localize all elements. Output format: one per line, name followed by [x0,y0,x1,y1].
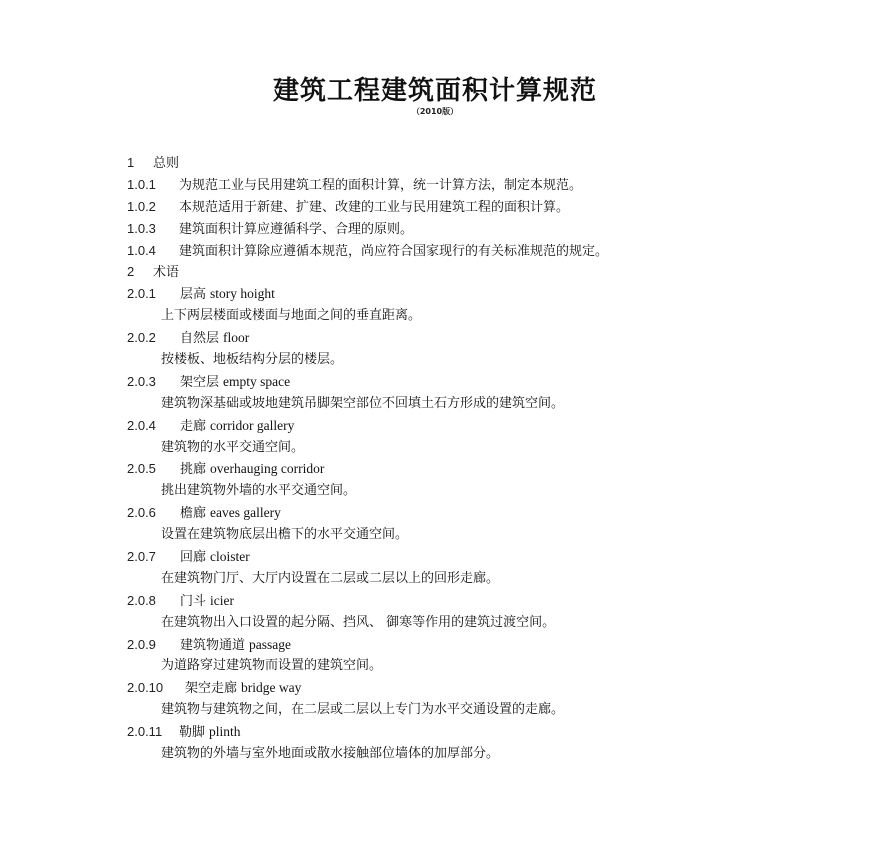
term-definition: 建筑物与建筑物之间，在二层或二层以上专门为水平交通设置的走廊。 [127,699,827,721]
term-number: 2.0.5 [127,458,180,480]
term-zh: 架空走廊 [185,681,237,696]
clause: 1.0.3建筑面积计算应遵循科学、合理的原则。 [127,218,827,240]
term-heading: 2.0.3架空层empty space [127,371,827,393]
term-zh: 建筑物通道 [180,638,245,653]
term-zh: 走廊 [180,419,206,434]
term-heading: 2.0.7回廊cloister [127,546,827,568]
term-number: 2.0.6 [127,502,180,524]
term-zh: 回廊 [180,550,206,565]
clause-text: 本规范适用于新建、扩建、改建的工业与民用建筑工程的面积计算。 [179,200,569,215]
clause-text: 为规范工业与民用建筑工程的面积计算，统一计算方法，制定本规范。 [179,178,582,193]
term-definition-text: 建筑物的水平交通空间。 [161,440,304,455]
term-number: 2.0.7 [127,546,180,568]
clause-number: 1.0.2 [127,196,179,218]
term-heading: 2.0.9建筑物通道passage [127,634,827,656]
term-heading: 2.0.10架空走廊bridge way [127,677,827,699]
term-definition-text: 建筑物与建筑物之间，在二层或二层以上专门为水平交通设置的走廊。 [161,702,564,717]
term-definition: 为道路穿过建筑物而设置的建筑空间。 [127,655,827,677]
section-title: 总则 [153,156,179,171]
term-definition-text: 建筑物的外墙与室外地面或散水接触部位墙体的加厚部分。 [161,746,499,761]
term-zh: 层高 [180,287,206,302]
term-definition: 按楼板、地板结构分层的楼层。 [127,349,827,371]
term-definition: 建筑物的外墙与室外地面或散水接触部位墙体的加厚部分。 [127,743,827,765]
term-en: icier [210,593,234,608]
term-en: corridor gallery [210,418,294,433]
term-zh: 架空层 [180,375,219,390]
clause: 1.0.1为规范工业与民用建筑工程的面积计算，统一计算方法，制定本规范。 [127,174,827,196]
term-zh: 檐廊 [180,506,206,521]
clause-text: 建筑面积计算应遵循科学、合理的原则。 [179,222,413,237]
term-number: 2.0.10 [127,677,185,699]
document-page: 建筑工程建筑面积计算规范 （2010版） 1总则 1.0.1为规范工业与民用建筑… [0,0,870,842]
section-heading-terms: 2术语 [127,261,827,283]
section-number: 2 [127,261,153,283]
clause-number: 1.0.4 [127,240,179,262]
term-number: 2.0.3 [127,371,180,393]
section-number: 1 [127,152,153,174]
term-en: eaves gallery [210,505,281,520]
term-definition-text: 上下两层楼面或楼面与地面之间的垂直距离。 [161,308,421,323]
term-definition-text: 设置在建筑物底层出檐下的水平交通空间。 [161,527,408,542]
term-en: empty space [223,374,290,389]
term-definition-text: 挑出建筑物外墙的水平交通空间。 [161,483,356,498]
term-definition: 设置在建筑物底层出檐下的水平交通空间。 [127,524,827,546]
term-number: 2.0.8 [127,590,180,612]
term-en: floor [223,330,249,345]
document-title: 建筑工程建筑面积计算规范 [0,74,870,108]
term-heading: 2.0.2自然层floor [127,327,827,349]
term-number: 2.0.1 [127,283,180,305]
term-definition: 在建筑物门厅、大厅内设置在二层或二层以上的回形走廊。 [127,568,827,590]
section-title: 术语 [153,265,179,280]
term-definition: 建筑物的水平交通空间。 [127,437,827,459]
term-definition: 建筑物深基础或坡地建筑吊脚架空部位不回填土石方形成的建筑空间。 [127,393,827,415]
term-heading: 2.0.5挑廊overhauging corridor [127,458,827,480]
term-heading: 2.0.4走廊corridor gallery [127,415,827,437]
term-heading: 2.0.1层高story hoight [127,283,827,305]
clause: 1.0.4建筑面积计算除应遵循本规范，尚应符合国家现行的有关标准规范的规定。 [127,240,827,262]
term-en: overhauging corridor [210,461,324,476]
section-heading-general: 1总则 [127,152,827,174]
document-edition: （2010版） [0,106,870,118]
term-number: 2.0.2 [127,327,180,349]
clause: 1.0.2本规范适用于新建、扩建、改建的工业与民用建筑工程的面积计算。 [127,196,827,218]
term-definition-text: 在建筑物门厅、大厅内设置在二层或二层以上的回形走廊。 [161,571,499,586]
term-definition: 在建筑物出入口设置的起分隔、挡风、 御寒等作用的建筑过渡空间。 [127,612,827,634]
term-definition-text: 在建筑物出入口设置的起分隔、挡风、 御寒等作用的建筑过渡空间。 [161,615,555,630]
term-zh: 自然层 [180,331,219,346]
term-definition-text: 建筑物深基础或坡地建筑吊脚架空部位不回填土石方形成的建筑空间。 [161,396,564,411]
term-zh: 挑廊 [180,462,206,477]
term-en: story hoight [210,286,275,301]
term-en: plinth [209,724,241,739]
term-definition-text: 为道路穿过建筑物而设置的建筑空间。 [161,658,382,673]
term-zh: 门斗 [180,594,206,609]
term-en: cloister [210,549,250,564]
clause-text: 建筑面积计算除应遵循本规范，尚应符合国家现行的有关标准规范的规定。 [179,244,608,259]
term-number: 2.0.11 [127,721,179,743]
term-en: bridge way [241,680,301,695]
term-zh: 勒脚 [179,725,205,740]
term-definition: 上下两层楼面或楼面与地面之间的垂直距离。 [127,305,827,327]
term-heading: 2.0.6檐廊eaves gallery [127,502,827,524]
term-number: 2.0.4 [127,415,180,437]
clause-number: 1.0.3 [127,218,179,240]
term-heading: 2.0.8门斗icier [127,590,827,612]
term-number: 2.0.9 [127,634,180,656]
term-definition: 挑出建筑物外墙的水平交通空间。 [127,480,827,502]
term-heading: 2.0.11勒脚plinth [127,721,827,743]
term-definition-text: 按楼板、地板结构分层的楼层。 [161,352,343,367]
document-body: 1总则 1.0.1为规范工业与民用建筑工程的面积计算，统一计算方法，制定本规范。… [127,152,827,765]
clause-number: 1.0.1 [127,174,179,196]
term-en: passage [249,637,291,652]
